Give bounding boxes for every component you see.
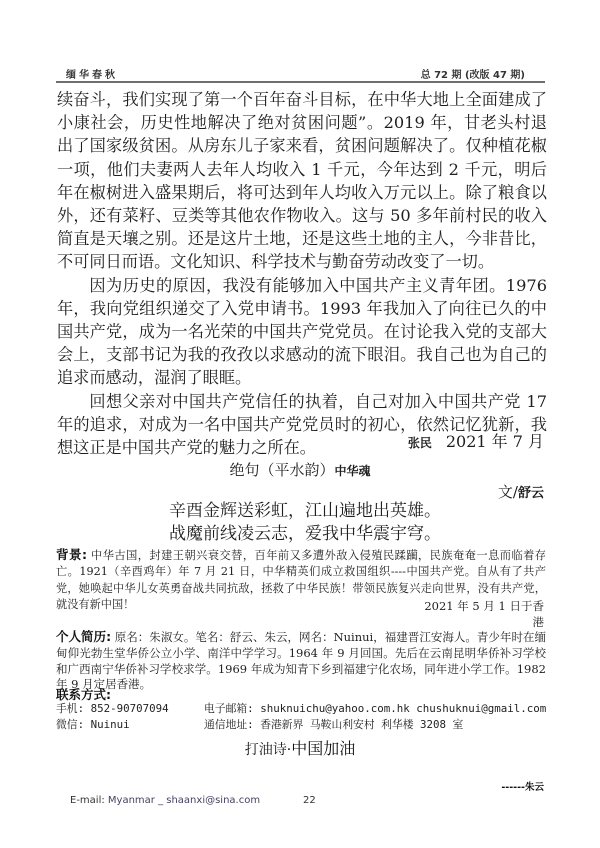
poem-title-main: 绝句（平水韵）	[229, 461, 334, 479]
signature-date: 2021 年 7 月	[446, 432, 544, 451]
header-divider	[56, 81, 545, 83]
contact-row-2: 微信: Nuinui 通信地址: 香港新界 马鞍山利安村 利华楼 3208 室	[56, 717, 556, 733]
poem-line-1: 辛酉金辉送彩虹，江山遍地出英雄。	[0, 500, 600, 523]
next-poem-title-main: 中国加油	[291, 739, 355, 758]
poem-author-name: 舒云	[518, 486, 544, 501]
footer-email-address[interactable]: Myanmar _ shaanxi@sina.com	[108, 795, 260, 806]
poem-title: 绝句（平水韵）中华魂	[0, 459, 600, 480]
bio-text: 原名：朱淑女。笔名：舒云、朱云，网名：Nuinui，福建晋江安海人。青少年时在缅…	[56, 630, 546, 691]
contact-email: 电子邮箱: shuknuichu@yahoo.com.hk chushuknui…	[204, 701, 546, 717]
date-place-line-2: 港	[344, 614, 544, 630]
signature-name: 张民	[408, 436, 432, 450]
article-body: 续奋斗，我们实现了第一个百年奋斗目标，在中华大地上全面建成了小康社会，历史性地解…	[57, 88, 547, 459]
page-number: 22	[303, 795, 316, 806]
date-place-line-1: 2021 年 5 月 1 日于香	[344, 598, 544, 614]
issue-number: 总 72 期 (改版 47 期)	[421, 66, 525, 81]
contact-wechat: 微信: Nuinui	[56, 717, 130, 733]
footer-email-label: E-mail:	[70, 795, 108, 806]
page-header: 缅华春秋 总 72 期 (改版 47 期)	[56, 62, 545, 82]
poem-verses: 辛酉金辉送彩虹，江山遍地出英雄。 战魔前线凌云志，爱我中华震宇穹。	[0, 500, 600, 546]
poem-author: 文/舒云	[498, 481, 544, 502]
contact-row-1: 手机: 852-90707094 电子邮箱: shuknuichu@yahoo.…	[56, 701, 556, 717]
contact-address: 通信地址: 香港新界 马鞍山利安村 利华楼 3208 室	[204, 717, 463, 733]
bio-label: 个人简历:	[56, 629, 111, 644]
author-bio: 个人简历: 原名：朱淑女。笔名：舒云、朱云，网名：Nuinui，福建晋江安海人。…	[56, 629, 546, 693]
poem-author-prefix: 文/	[498, 483, 518, 501]
poem-date-place: 2021 年 5 月 1 日于香 港	[344, 598, 544, 630]
next-poem-author: ------朱云	[501, 779, 544, 793]
article-signature: 张民2021 年 7 月	[408, 429, 544, 452]
publication-name: 缅华春秋	[66, 66, 118, 81]
contact-info: 手机: 852-90707094 电子邮箱: shuknuichu@yahoo.…	[56, 701, 556, 732]
document-page: 缅华春秋 总 72 期 (改版 47 期) 续奋斗，我们实现了第一个百年奋斗目标…	[0, 0, 600, 848]
contact-phone: 手机: 852-90707094	[56, 701, 169, 717]
background-label: 背景:	[56, 547, 87, 562]
next-poem-title: 打油诗·中国加油	[0, 736, 600, 759]
next-poem-title-prefix: 打油诗·	[245, 742, 291, 758]
poem-line-2: 战魔前线凌云志，爱我中华震宇穹。	[0, 523, 600, 546]
footer-email: E-mail: Myanmar _ shaanxi@sina.com	[70, 795, 260, 806]
article-paragraph-2: 因为历史的原因，我没有能够加入中国共产主义青年团。1976 年，我向党组织递交了…	[57, 274, 547, 390]
article-paragraph-1: 续奋斗，我们实现了第一个百年奋斗目标，在中华大地上全面建成了小康社会，历史性地解…	[57, 88, 547, 274]
poem-subtitle: 中华魂	[335, 464, 371, 478]
